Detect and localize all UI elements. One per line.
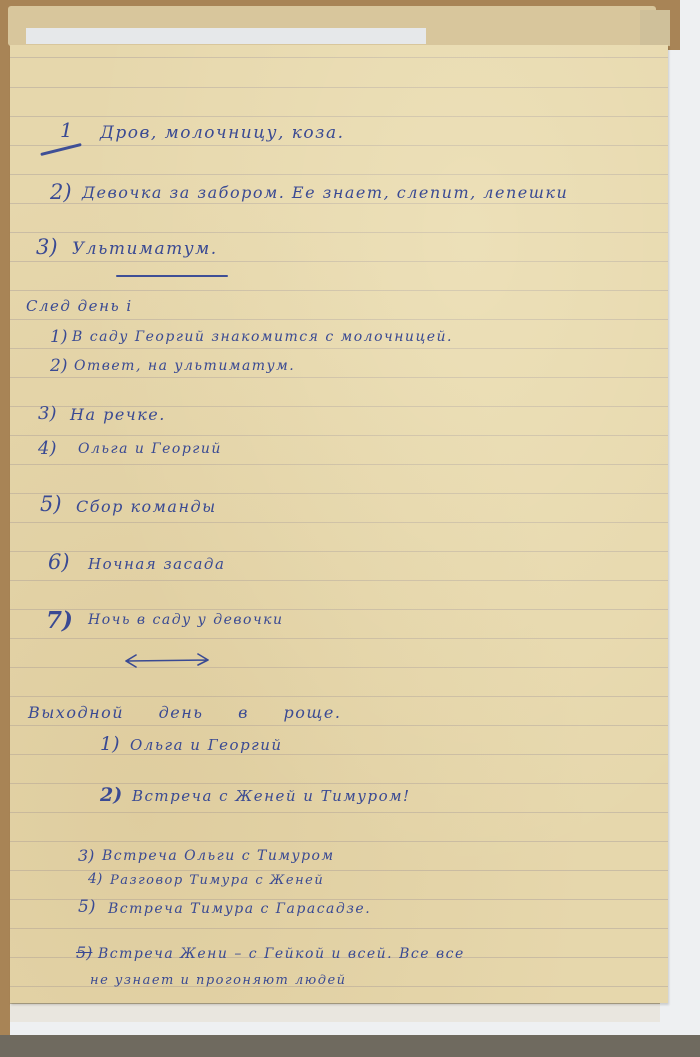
- line-number: 4): [88, 871, 102, 887]
- line-number: 4): [38, 438, 56, 459]
- line-text: Разговор Тимура с Женей: [110, 873, 324, 888]
- line-number: 5): [76, 943, 92, 962]
- line-number: 1): [50, 327, 67, 347]
- line-text: Ночь в саду у девочки: [88, 612, 284, 628]
- line-number: 2): [50, 180, 72, 204]
- line-number: 2): [100, 784, 122, 806]
- line-text: В саду Георгий знакомится с молочницей.: [72, 329, 453, 345]
- underlying-page-edge: [10, 1003, 660, 1022]
- underline: [116, 275, 228, 277]
- line-number: 5): [40, 492, 62, 516]
- line-text: Ультиматум.: [72, 239, 218, 259]
- marker-stroke: [40, 143, 81, 156]
- underlying-sheet-edge: [640, 10, 670, 46]
- line-text: Встреча с Женей и Тимуром!: [132, 787, 411, 805]
- line-text: Встреча Ольги с Тимуром: [102, 848, 335, 864]
- line-number: 2): [50, 356, 67, 376]
- manuscript-page: 1 Дров, молочницу, коза. 2) Девочка за з…: [10, 45, 668, 1003]
- line-text: Дров, молочницу, коза.: [100, 123, 344, 143]
- line-text: Ольга и Георгий: [130, 736, 283, 754]
- line-text: Ответ, на ультиматум.: [74, 358, 295, 374]
- line-text: Девочка за забором. Ее знает, слепит, ле…: [82, 183, 568, 202]
- line-number: 5): [78, 897, 95, 917]
- line-text: Ольга и Георгий: [78, 441, 222, 457]
- line-text: Встреча Тимура с Гарасадзе.: [108, 901, 371, 917]
- section-heading: След день i: [26, 297, 133, 315]
- line-text: На речке.: [70, 405, 166, 424]
- line-text: Ночная засада: [88, 555, 225, 573]
- line-number: 7): [46, 607, 73, 634]
- double-arrow-icon: [122, 653, 212, 669]
- line-number: 6): [48, 550, 70, 574]
- paper-strip: [26, 28, 426, 44]
- line-number: 3): [78, 846, 94, 865]
- folder-cover-left: [0, 0, 10, 1040]
- line-number: 1): [100, 733, 120, 755]
- line-text: Встреча Жени – с Гейкой и всей. Все все: [98, 946, 465, 962]
- background-surface: [0, 1035, 700, 1057]
- line-text: Сбор команды: [76, 497, 217, 516]
- line-number: 3): [36, 235, 58, 259]
- line-number: 3): [38, 403, 56, 424]
- section-1-marker: 1: [60, 118, 73, 142]
- section-heading: Выходной день в роще.: [28, 703, 341, 722]
- line-text: не узнает и прогоняют людей: [90, 973, 347, 988]
